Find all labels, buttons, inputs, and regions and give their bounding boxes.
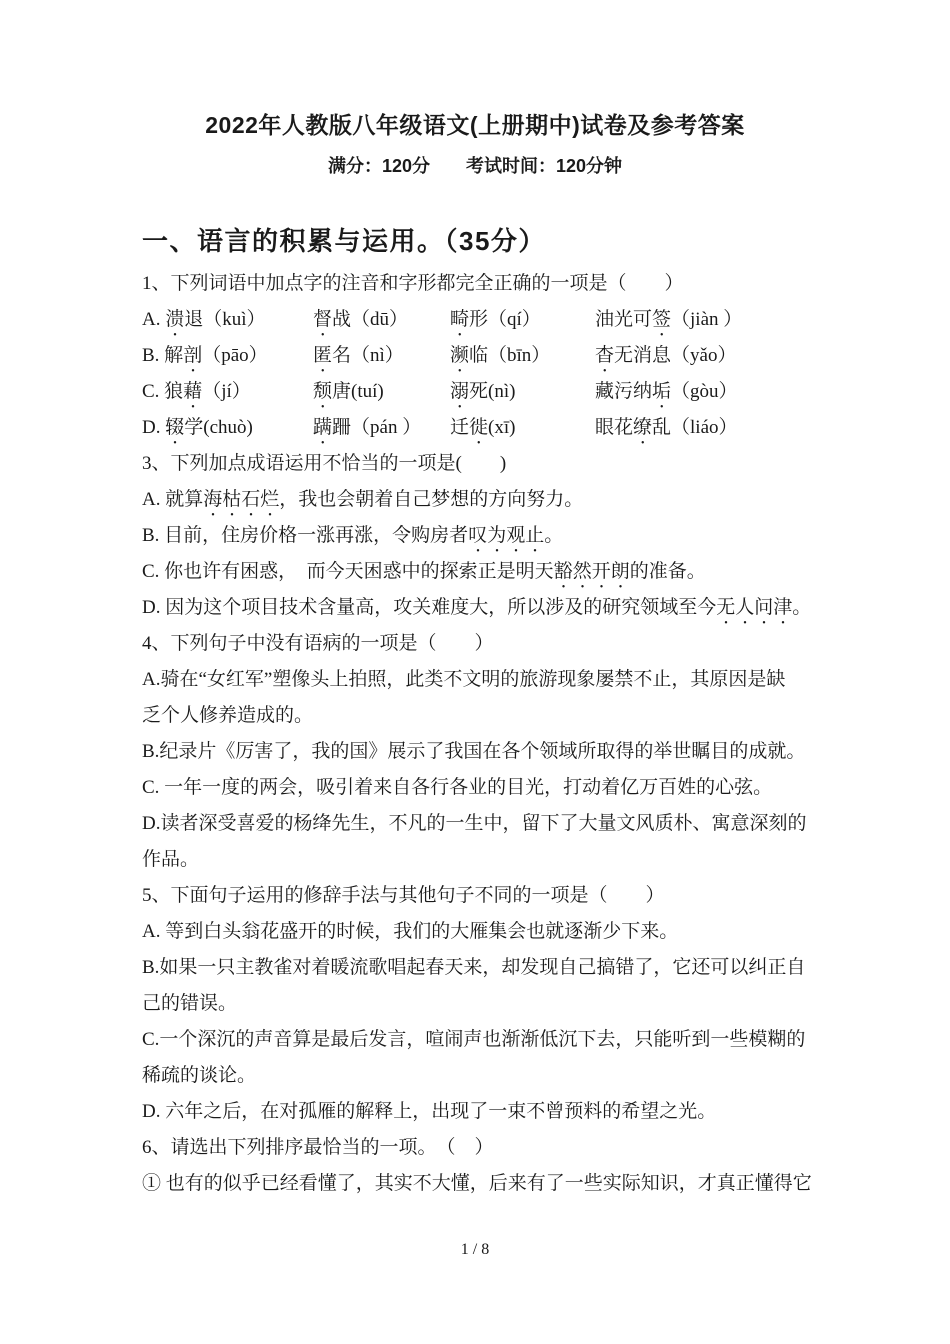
word-item: 眼花缭乱（liáo）	[595, 410, 834, 449]
pinyin-option-row-b: B. 解剖（pāo） 匿名（nì） 濒临（bīn） 杳无消息（yǎo）	[142, 338, 834, 374]
option-line-continuation: 稀疏的谈论。	[142, 1058, 834, 1094]
question-block: 1、下列词语中加点字的注音和字形都完全正确的一项是（ ） A. 溃退（kuì） …	[142, 266, 834, 1202]
pinyin-option-row-a: A. 溃退（kuì） 督战（dū） 畸形（qí） 油光可签（jiàn ）	[142, 302, 834, 338]
option-line: B.如果一只主教雀对着暖流歌唱起春天来，却发现自己搞错了，它还可以纠正自	[142, 950, 834, 986]
word-item: 杳无消息（yǎo）	[595, 338, 834, 377]
document-body: 一、语言的积累与运用。（35分） 1、下列词语中加点字的注音和字形都完全正确的一…	[0, 224, 950, 1202]
option-line: D.读者深受喜爱的杨绛先生，不凡的一生中，留下了大量文风质朴、寓意深刻的	[142, 806, 834, 842]
question-stem: 1、下列词语中加点字的注音和字形都完全正确的一项是（ ）	[142, 266, 834, 302]
option-line: A. 就算海枯石烂，我也会朝着自己梦想的方向努力。	[142, 482, 834, 518]
pinyin-option-row-c: C. 狼藉（jí） 颓唐(tuí) 溺死(nì) 藏污纳垢（gòu）	[142, 374, 834, 410]
word-item: 匿名（nì）	[313, 338, 450, 377]
question-stem: 4、下列句子中没有语病的一项是（ ）	[142, 626, 834, 662]
word-item: 油光可签（jiàn ）	[595, 302, 834, 341]
exam-meta: 满分：120分 考试时间：120分钟	[0, 154, 950, 178]
option-line: C. 你也许有困惑， 而今天困惑中的探索正是明天豁然开朗的准备。	[142, 554, 834, 590]
page-number: 1 / 8	[0, 1240, 950, 1260]
option-line: C. 一年一度的两会，吸引着来自各行各业的目光，打动着亿万百姓的心弦。	[142, 770, 834, 806]
word-item: 督战（dū）	[313, 302, 450, 341]
section-heading: 一、语言的积累与运用。（35分）	[142, 224, 834, 258]
pinyin-option-row-d: D. 辍学(chuò) 蹒跚（pán ） 迁徙(xī) 眼花缭乱（liáo）	[142, 410, 834, 446]
question-stem: 3、下列加点成语运用不恰当的一项是( )	[142, 446, 834, 482]
option-line: B.纪录片《厉害了，我的国》展示了我国在各个领域所取得的举世瞩目的成就。	[142, 734, 834, 770]
word-item: A. 溃退（kuì）	[142, 302, 313, 341]
option-line-continuation: 作品。	[142, 842, 834, 878]
word-item: 溺死(nì)	[450, 374, 595, 413]
word-item: 畸形（qí）	[450, 302, 595, 341]
option-line: B. 目前，住房价格一涨再涨，令购房者叹为观止。	[142, 518, 834, 554]
word-item: 蹒跚（pán ）	[313, 410, 450, 449]
word-item: 藏污纳垢（gòu）	[595, 374, 834, 413]
word-item: C. 狼藉（jí）	[142, 374, 313, 413]
option-line: D. 六年之后，在对孤雁的解释上，出现了一束不曾预料的希望之光。	[142, 1094, 834, 1130]
question-stem: 6、请选出下列排序最恰当的一项。 （ ）	[142, 1130, 834, 1166]
option-line: A. 等到白头翁花盛开的时候，我们的大雁集会也就逐渐少下来。	[142, 914, 834, 950]
sentence-order-item: ① 也有的似乎已经看懂了，其实不大懂，后来有了一些实际知识，才真正懂得它	[142, 1166, 834, 1202]
question-stem: 5、下面句子运用的修辞手法与其他句子不同的一项是（ ）	[142, 878, 834, 914]
exam-page: 2022年人教版八年级语文(上册期中)试卷及参考答案 满分：120分 考试时间：…	[0, 0, 950, 1202]
option-line: D. 因为这个项目技术含量高，攻关难度大，所以涉及的研究领域至今无人问津。	[142, 590, 834, 626]
document-header: 2022年人教版八年级语文(上册期中)试卷及参考答案 满分：120分 考试时间：…	[0, 0, 950, 178]
word-item: B. 解剖（pāo）	[142, 338, 313, 377]
word-item: D. 辍学(chuò)	[142, 410, 313, 449]
option-line-continuation: 己的错误。	[142, 986, 834, 1022]
word-item: 濒临（bīn）	[450, 338, 595, 377]
option-line: C.一个深沉的声音算是最后发言，喧闹声也渐渐低沉下去，只能听到一些模糊的	[142, 1022, 834, 1058]
word-item: 颓唐(tuí)	[313, 374, 450, 413]
option-line-continuation: 乏个人修养造成的。	[142, 698, 834, 734]
word-item: 迁徙(xī)	[450, 410, 595, 449]
option-line: A.骑在“女红军”塑像头上拍照，此类不文明的旅游现象屡禁不止，其原因是缺	[142, 662, 834, 698]
page-title: 2022年人教版八年级语文(上册期中)试卷及参考答案	[0, 110, 950, 140]
